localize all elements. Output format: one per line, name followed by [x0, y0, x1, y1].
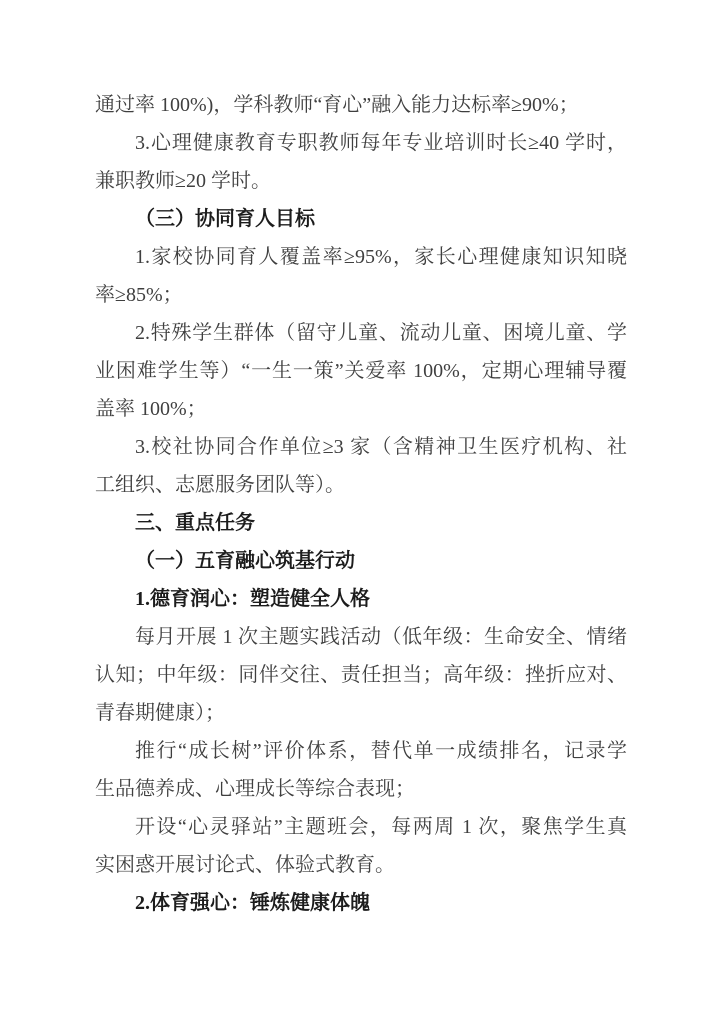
text-line: （三）协同育人目标 — [95, 200, 627, 238]
text-line: 兼职教师≥20 学时。 — [95, 162, 627, 200]
text-line: 2.体育强心：锤炼健康体魄 — [95, 884, 627, 922]
text-line: 率≥85%； — [95, 276, 627, 314]
text-line: 1.家校协同育人覆盖率≥95%，家长心理健康知识知晓 — [95, 238, 627, 276]
text-line: 开设“心灵驿站”主题班会，每两周 1 次，聚焦学生真 — [95, 808, 627, 846]
text-line: （一）五育融心筑基行动 — [95, 542, 627, 580]
text-line: 实困惑开展讨论式、体验式教育。 — [95, 846, 627, 884]
text-line: 1.德育润心：塑造健全人格 — [95, 580, 627, 618]
text-line: 2.特殊学生群体（留守儿童、流动儿童、困境儿童、学 — [95, 314, 627, 352]
text-line: 通过率 100%)，学科教师“育心”融入能力达标率≥90%； — [95, 86, 627, 124]
text-line: 每月开展 1 次主题实践活动（低年级：生命安全、情绪 — [95, 618, 627, 656]
text-line: 三、重点任务 — [95, 504, 627, 542]
text-line: 业困难学生等）“一生一策”关爱率 100%，定期心理辅导覆 — [95, 352, 627, 390]
text-line: 3.心理健康教育专职教师每年专业培训时长≥40 学时， — [95, 124, 627, 162]
document-body: 通过率 100%)，学科教师“育心”融入能力达标率≥90%；3.心理健康教育专职… — [95, 86, 627, 922]
text-line: 生品德养成、心理成长等综合表现； — [95, 770, 627, 808]
text-line: 盖率 100%； — [95, 390, 627, 428]
text-line: 3.校社协同合作单位≥3 家（含精神卫生医疗机构、社 — [95, 428, 627, 466]
text-line: 认知；中年级：同伴交往、责任担当；高年级：挫折应对、 — [95, 656, 627, 694]
text-line: 推行“成长树”评价体系，替代单一成绩排名，记录学 — [95, 732, 627, 770]
text-line: 青春期健康）； — [95, 694, 627, 732]
document-page: 通过率 100%)，学科教师“育心”融入能力达标率≥90%；3.心理健康教育专职… — [0, 0, 724, 1024]
text-line: 工组织、志愿服务团队等）。 — [95, 466, 627, 504]
